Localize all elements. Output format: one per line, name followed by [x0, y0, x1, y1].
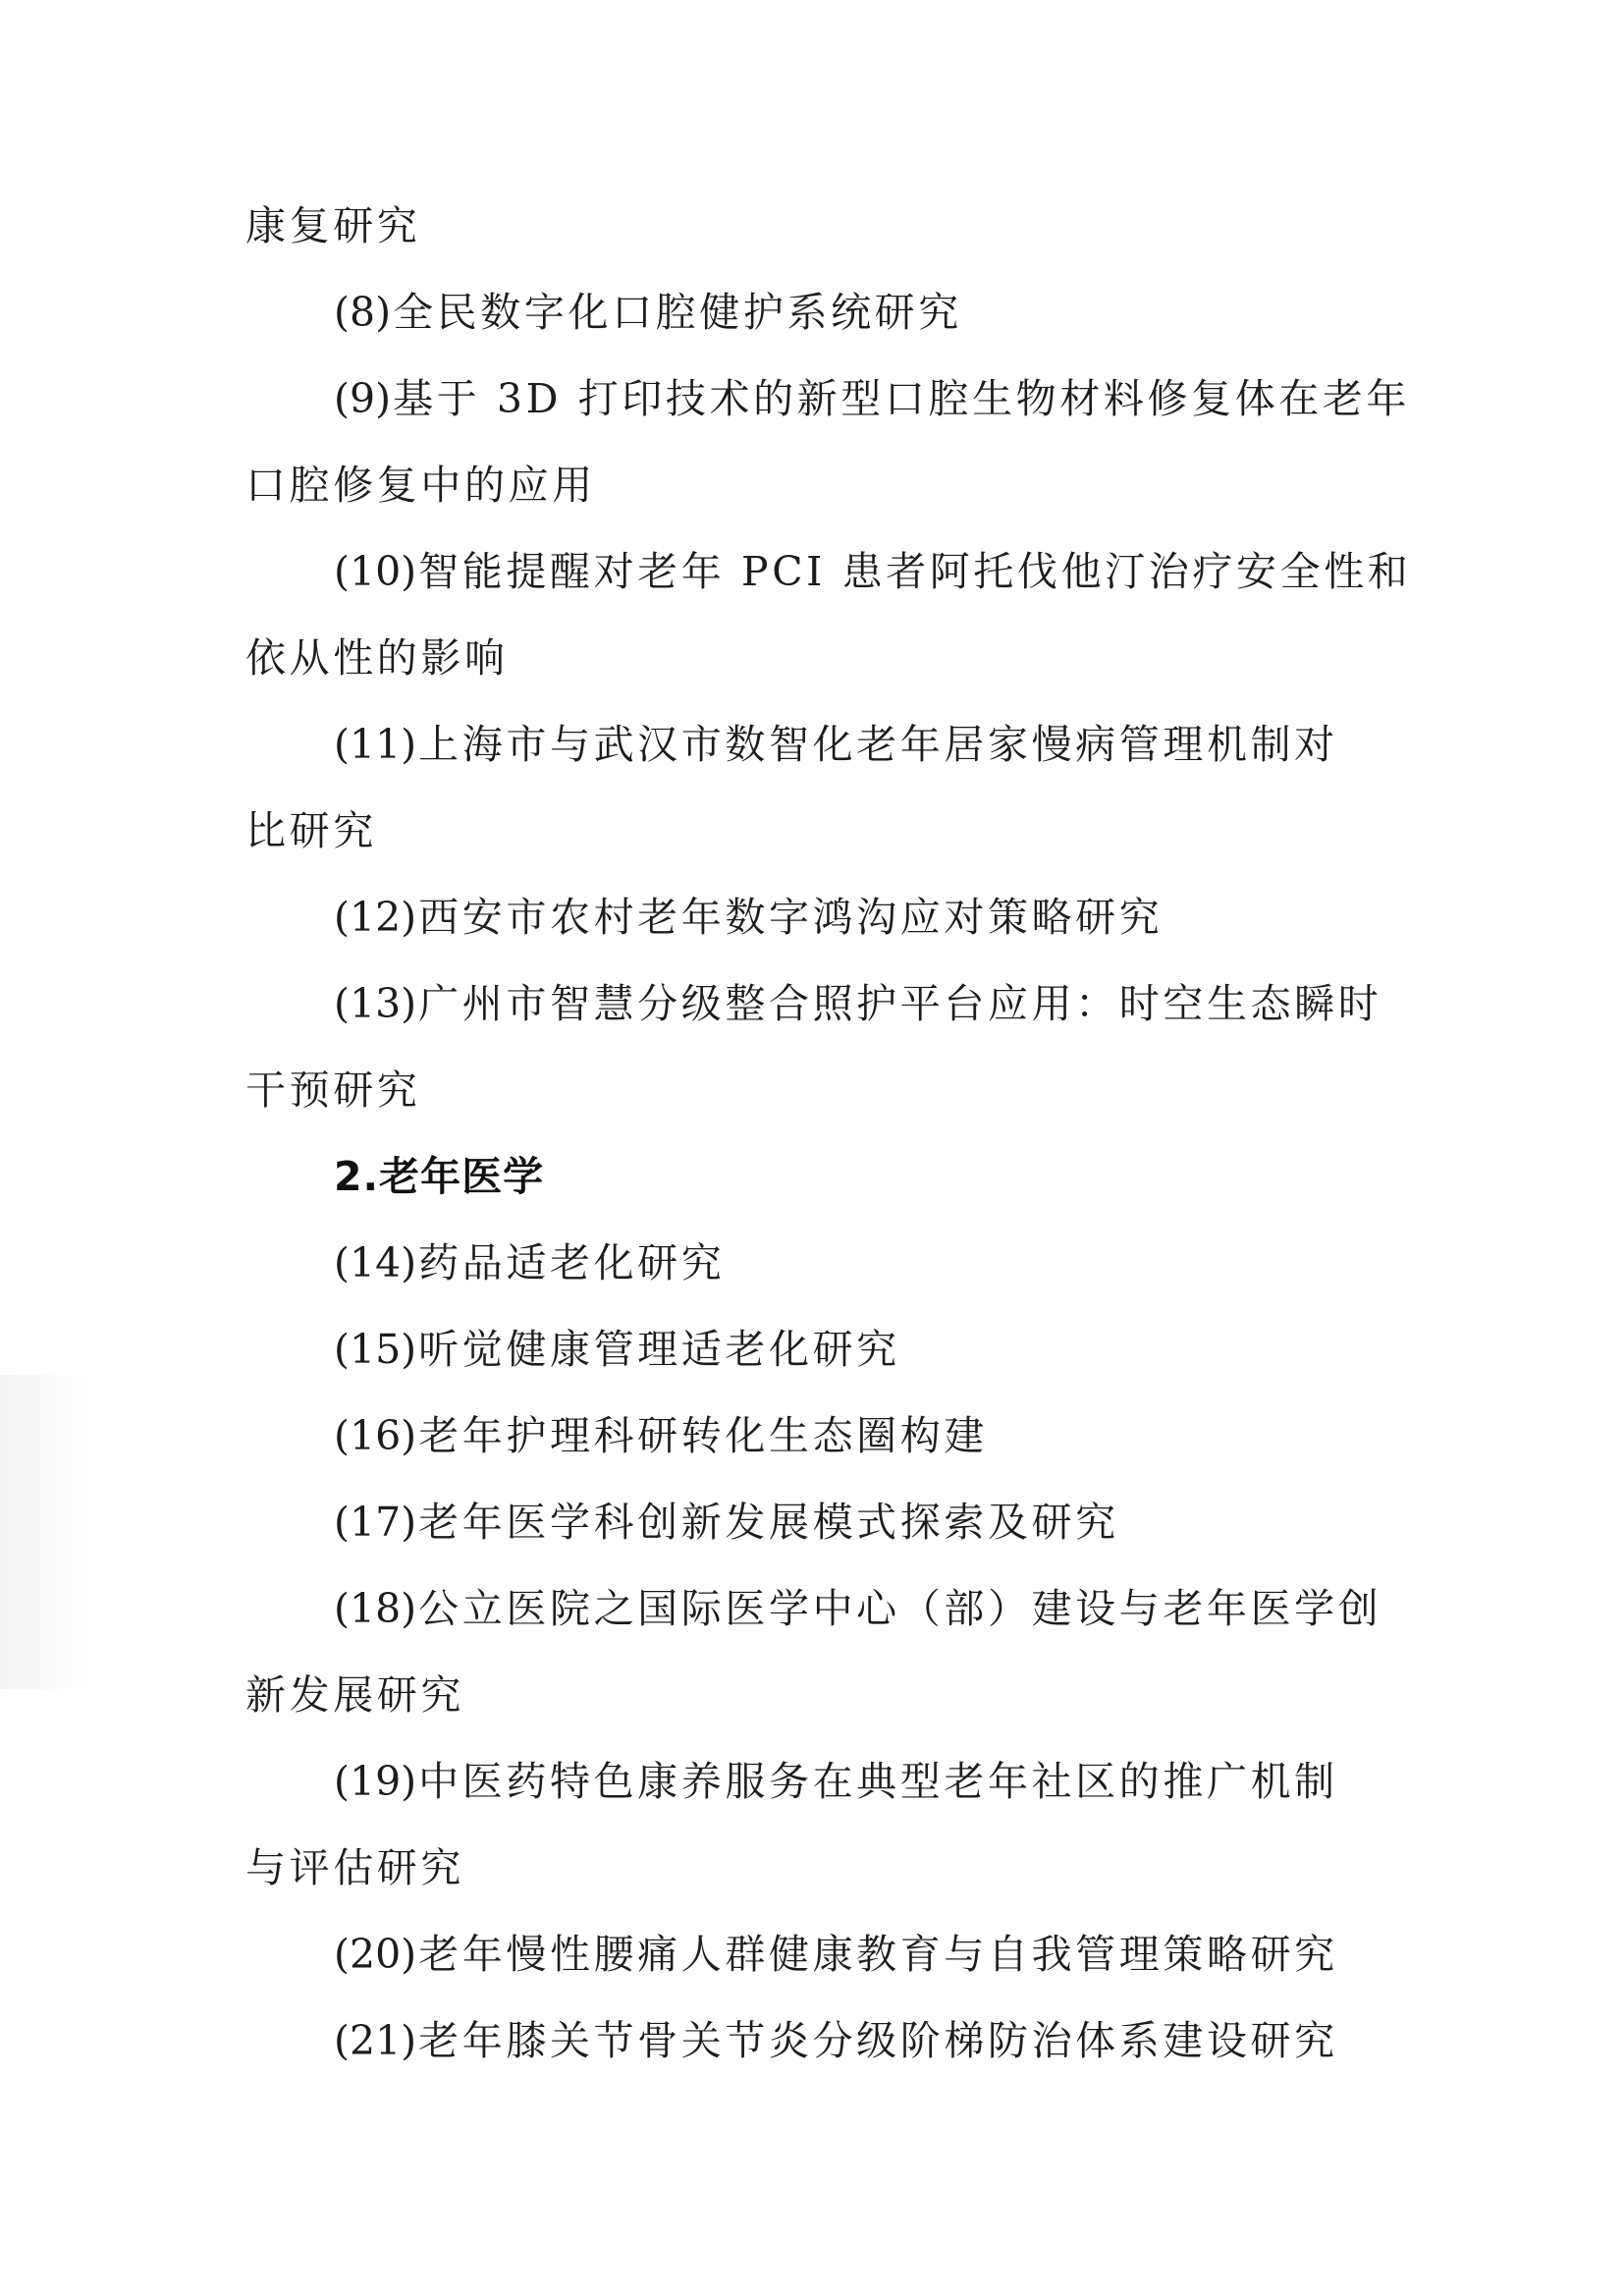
list-item-21: (21)老年膝关节骨关节炎分级阶梯防治体系建设研究 — [245, 1997, 1394, 2084]
list-item-11-continuation: 比研究 — [245, 788, 1394, 874]
item-number: (20) — [334, 1931, 416, 1978]
item-text: 老年护理科研转化生态圈构建 — [418, 1412, 988, 1459]
document-page: 康复研究 (8)全民数字化口腔健护系统研究 (9)基于 3D 打印技术的新型口腔… — [0, 0, 1624, 2296]
item-number: (15) — [334, 1326, 416, 1373]
list-item-11: (11)上海市与武汉市数智化老年居家慢病管理机制对 — [245, 701, 1394, 788]
item-number: (12) — [334, 894, 416, 941]
section-heading: 2.老年医学 — [245, 1133, 1394, 1220]
item-text: 药品适老化研究 — [418, 1239, 725, 1286]
list-item-8: (8)全民数字化口腔健护系统研究 — [245, 269, 1394, 355]
item-text: 中医药特色康养服务在典型老年社区的推广机制 — [418, 1758, 1338, 1805]
item-number: (11) — [334, 721, 416, 768]
item-number: (8) — [334, 289, 391, 336]
item-text: 全民数字化口腔健护系统研究 — [393, 289, 962, 336]
item-number: (21) — [334, 2017, 416, 2064]
item-number: (17) — [334, 1499, 416, 1546]
item-text: 西安市农村老年数字鸿沟应对策略研究 — [418, 894, 1163, 941]
list-item-18-continuation: 新发展研究 — [245, 1652, 1394, 1738]
list-item-13-continuation: 干预研究 — [245, 1047, 1394, 1133]
list-item-10-continuation: 依从性的影响 — [245, 615, 1394, 701]
list-item-9-continuation: 口腔修复中的应用 — [245, 442, 1394, 528]
list-item-15: (15)听觉健康管理适老化研究 — [245, 1306, 1394, 1393]
item-text: 广州市智慧分级整合照护平台应用：时空生态瞬时 — [418, 980, 1381, 1027]
item-number: (9) — [334, 375, 391, 422]
list-item-19: (19)中医药特色康养服务在典型老年社区的推广机制 — [245, 1738, 1394, 1825]
list-item-10: (10)智能提醒对老年 PCI 患者阿托伐他汀治疗安全性和 — [245, 528, 1394, 615]
list-item-13: (13)广州市智慧分级整合照护平台应用：时空生态瞬时 — [245, 960, 1394, 1047]
item-text: 智能提醒对老年 PCI 患者阿托伐他汀治疗安全性和 — [418, 548, 1411, 595]
item-number: (10) — [334, 548, 416, 595]
list-item-18: (18)公立医院之国际医学中心（部）建设与老年医学创 — [245, 1565, 1394, 1652]
list-item-19-continuation: 与评估研究 — [245, 1825, 1394, 1911]
list-item-9: (9)基于 3D 打印技术的新型口腔生物材料修复体在老年 — [245, 355, 1394, 442]
item-number: (19) — [334, 1758, 416, 1805]
list-item-12: (12)西安市农村老年数字鸿沟应对策略研究 — [245, 874, 1394, 960]
item-text: 听觉健康管理适老化研究 — [418, 1326, 900, 1373]
scan-shadow — [0, 1375, 88, 1689]
document-body: 康复研究 (8)全民数字化口腔健护系统研究 (9)基于 3D 打印技术的新型口腔… — [245, 183, 1394, 2084]
item-number: (16) — [334, 1412, 416, 1459]
item-text: 老年膝关节骨关节炎分级阶梯防治体系建设研究 — [418, 2017, 1338, 2064]
item-number: (13) — [334, 980, 416, 1027]
item-text: 老年慢性腰痛人群健康教育与自我管理策略研究 — [418, 1931, 1338, 1978]
item-text: 公立医院之国际医学中心（部）建设与老年医学创 — [418, 1585, 1381, 1632]
item-text: 上海市与武汉市数智化老年居家慢病管理机制对 — [418, 721, 1338, 768]
list-item-17: (17)老年医学科创新发展模式探索及研究 — [245, 1479, 1394, 1565]
item-text: 老年医学科创新发展模式探索及研究 — [418, 1499, 1119, 1546]
item-number: (14) — [334, 1239, 416, 1286]
list-item-20: (20)老年慢性腰痛人群健康教育与自我管理策略研究 — [245, 1911, 1394, 1997]
item-number: (18) — [334, 1585, 416, 1632]
list-item-14: (14)药品适老化研究 — [245, 1220, 1394, 1306]
continuation-line: 康复研究 — [245, 183, 1394, 269]
list-item-16: (16)老年护理科研转化生态圈构建 — [245, 1393, 1394, 1479]
item-text: 基于 3D 打印技术的新型口腔生物材料修复体在老年 — [393, 375, 1410, 422]
